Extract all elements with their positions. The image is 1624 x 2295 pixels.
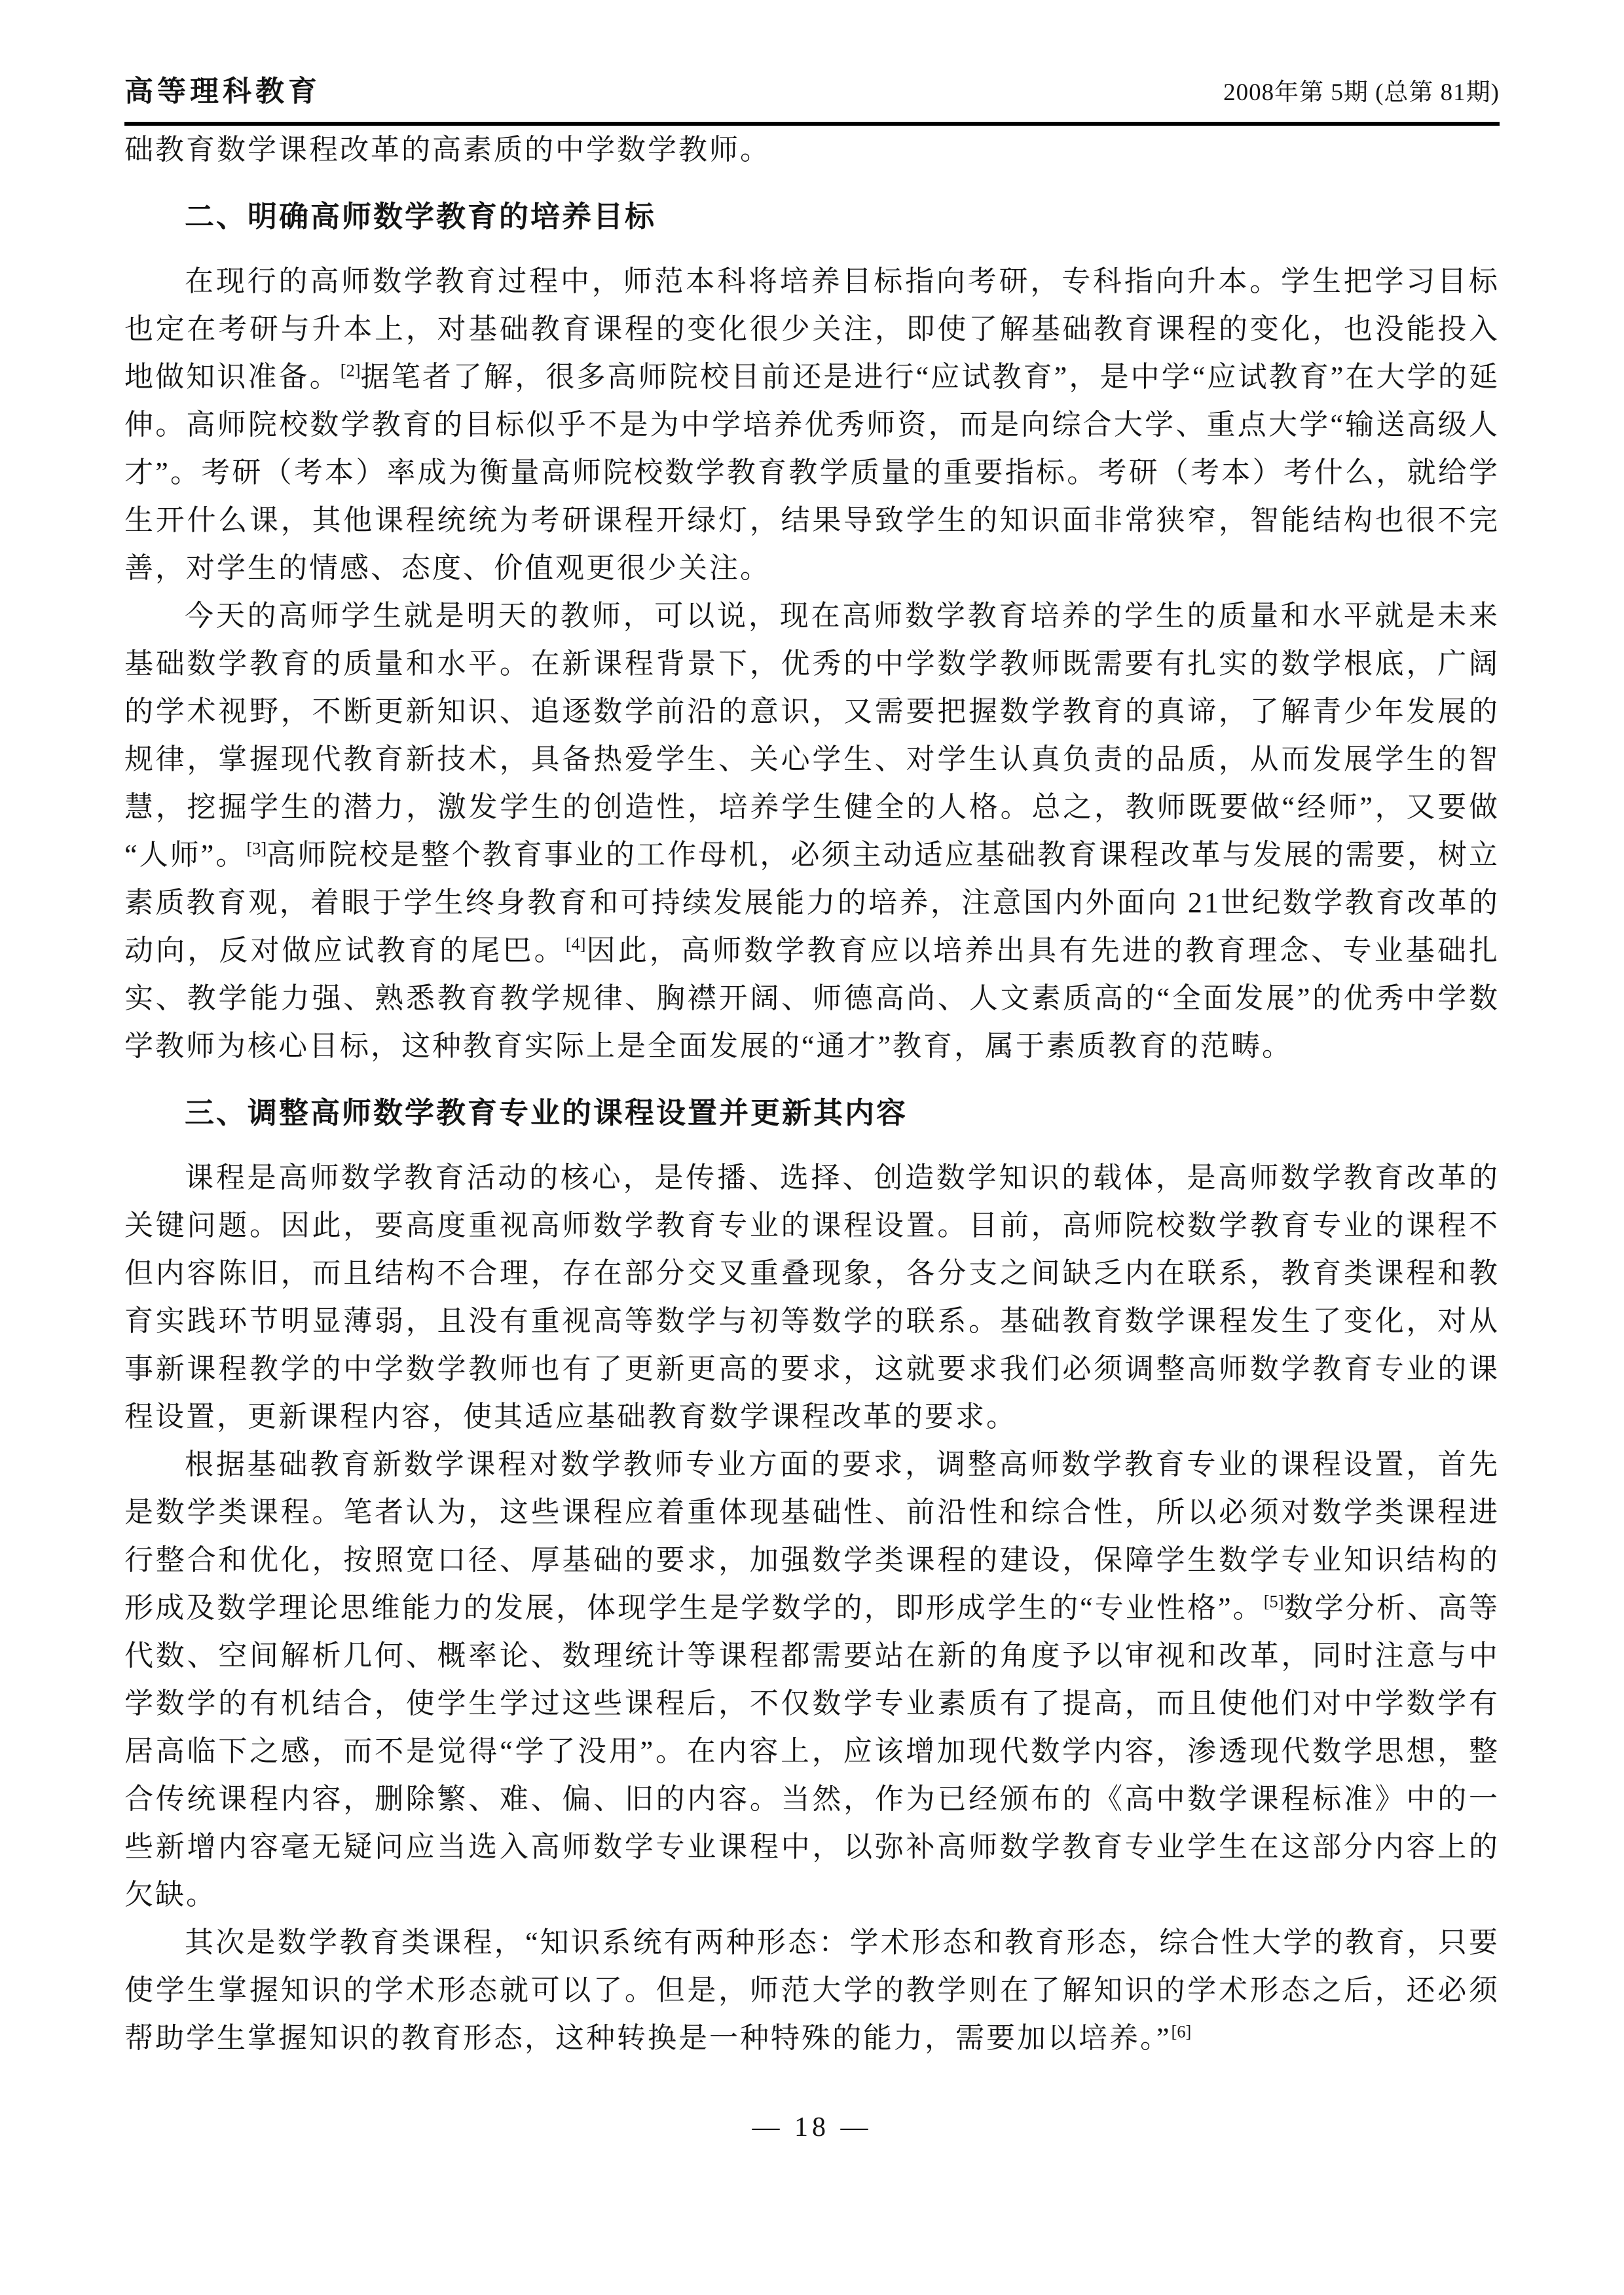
citation-ref: [4]: [566, 934, 586, 954]
section-heading-2: 二、明确高师数学教育的培养目标: [124, 197, 1500, 236]
paragraph: 在现行的高师数学教育过程中，师范本科将培养目标指向考研，专科指向升本。学生把学习…: [124, 257, 1500, 592]
citation-ref: [6]: [1172, 2022, 1192, 2042]
paragraph: 根据基础教育新数学课程对数学教师专业方面的要求，调整高师数学教育专业的课程设置，…: [124, 1441, 1500, 1919]
lead-line: 础教育数学课程改革的高素质的中学数学教师。: [124, 126, 1500, 174]
paragraph: 课程是高师数学教育活动的核心，是传播、选择、创造数学知识的载体，是高师数学教育改…: [124, 1154, 1500, 1441]
paragraph: 今天的高师学生就是明天的教师，可以说，现在高师数学教育培养的学生的质量和水平就是…: [124, 592, 1500, 1070]
journal-title: 高等理科教育: [124, 76, 321, 107]
section-heading-3: 三、调整高师数学教育专业的课程设置并更新其内容: [124, 1093, 1500, 1133]
paragraph: 其次是数学教育类课程，“知识系统有两种形态：学术形态和教育形态，综合性大学的教育…: [124, 1919, 1500, 2062]
page-number: — 18 —: [0, 2112, 1624, 2143]
page-header: 高等理科教育 2008年第 5期 (总第 81期): [124, 76, 1500, 107]
citation-ref: [5]: [1264, 1592, 1284, 1611]
citation-ref: [2]: [341, 361, 361, 380]
citation-ref: [3]: [246, 839, 267, 858]
issue-info: 2008年第 5期 (总第 81期): [1223, 79, 1500, 107]
journal-page: 高等理科教育 2008年第 5期 (总第 81期) 础教育数学课程改革的高素质的…: [0, 0, 1624, 2295]
